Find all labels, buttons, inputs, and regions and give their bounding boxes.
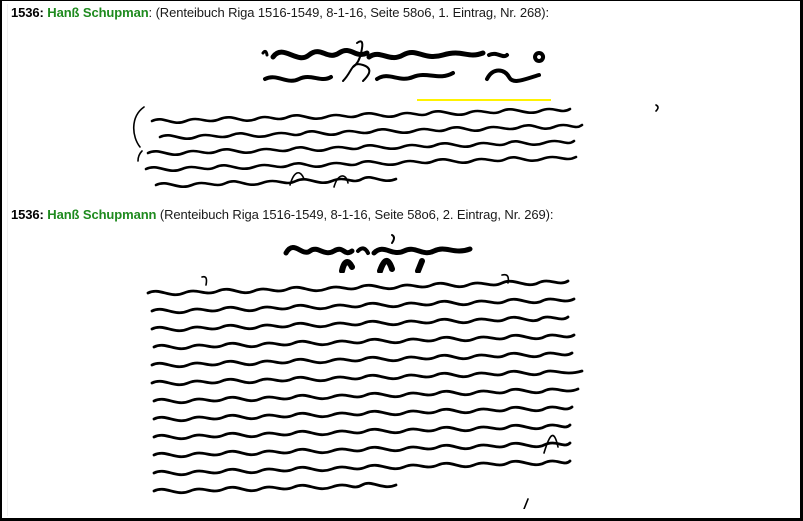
document-frame: 1536: Hanß Schupman: (Renteibuch Riga 15… [0, 0, 803, 521]
handwriting-heading-icon [257, 39, 547, 87]
entry-2-scan-heading [282, 233, 482, 273]
entry-2-year: 1536 [11, 207, 40, 222]
handwriting-heading-icon [282, 233, 482, 273]
frame-inner-rule [7, 4, 8, 516]
entry-1-caption: 1536: Hanß Schupman: (Renteibuch Riga 15… [11, 5, 549, 21]
entry-2-source: (Renteibuch Riga 1516-1549, 8-1-16, Seit… [156, 207, 553, 222]
entry-2-caption: 1536: Hanß Schupmann (Renteibuch Riga 15… [11, 207, 553, 223]
entry-1-scan-heading [257, 39, 547, 87]
entry-1-year: 1536 [11, 5, 40, 20]
entry-2-scan-body [142, 273, 682, 509]
entry-2-separator: : [40, 207, 44, 222]
entry-1-source: (Renteibuch Riga 1516-1549, 8-1-16, Seit… [152, 5, 549, 20]
handwriting-body-icon [142, 273, 682, 509]
entry-1-scan-body [130, 101, 670, 193]
entry-1-separator: : [40, 5, 44, 20]
entry-2-name: Hanß Schupmann [47, 207, 156, 222]
handwriting-body-icon [130, 101, 670, 193]
entry-1-name: Hanß Schupman [47, 5, 148, 20]
